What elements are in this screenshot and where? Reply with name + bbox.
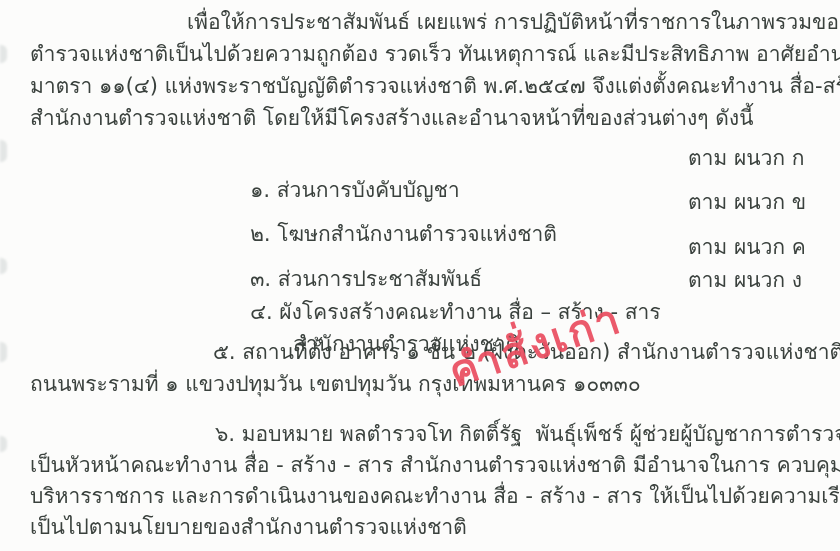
assignment-paragraph: ๖. มอบหมาย พลตำรวจโท กิตติ์รัฐ พันธุ์เพ็… (30, 419, 840, 543)
annex-item-continuation-label: สำนักงานตำรวจแห่งชาติ (70, 332, 519, 356)
paragraph-line: เป็นไปตามนโยบายของสำนักงานตำรวจแห่งชาติ (30, 512, 840, 543)
paragraph-line: ถนนพระรามที่ ๑ แขวงปทุมวัน เขตปทุมวัน กร… (30, 368, 840, 400)
scan-smudge (0, 342, 7, 362)
scanned-document-page: เพื่อให้การประชาสัมพันธ์ เผยแพร่ การปฏิบ… (0, 0, 840, 551)
annex-reference: ตาม ผนวก ข (688, 186, 806, 218)
annex-list: ๑. ส่วนการบังคับบัญชา ตาม ผนวก ก ๒. โฆษก… (30, 142, 840, 328)
scan-smudge (0, 436, 7, 452)
paragraph-line: เป็นหัวหน้าคณะทำงาน สื่อ - สร้าง - สาร ส… (30, 450, 840, 481)
annex-reference: ตาม ผนวก ค (688, 231, 806, 263)
annex-reference: ตาม ผนวก ง (688, 264, 802, 296)
scan-smudge (0, 45, 7, 63)
paragraph-line: เพื่อให้การประชาสัมพันธ์ เผยแพร่ การปฏิบ… (30, 6, 840, 38)
annex-row: ๒. โฆษกสำนักงานตำรวจแห่งชาติ ตาม ผนวก ข (30, 186, 840, 218)
paragraph-line: สำนักงานตำรวจแห่งชาติ โดยให้มีโครงสร้างแ… (30, 102, 840, 134)
annex-row-continuation: สำนักงานตำรวจแห่งชาติ (30, 296, 840, 328)
annex-row: ๓. ส่วนการประชาสัมพันธ์ ตาม ผนวก ค (30, 231, 840, 263)
scan-smudge (0, 258, 7, 274)
annex-row: ๔. ผังโครงสร้างคณะทำงาน สื่อ – สร้าง - ส… (30, 264, 840, 296)
opening-paragraph: เพื่อให้การประชาสัมพันธ์ เผยแพร่ การปฏิบ… (0, 0, 840, 134)
paragraph-line: ๖. มอบหมาย พลตำรวจโท กิตติ์รัฐ พันธุ์เพ็… (30, 419, 840, 450)
paragraph-line: ตำรวจแห่งชาติเป็นไปด้วยความถูกต้อง รวดเร… (30, 38, 840, 70)
paragraph-line: บริหารราชการ และการดำเนินงานของคณะทำงาน … (30, 481, 840, 512)
annex-reference: ตาม ผนวก ก (688, 142, 805, 174)
annex-row: ๑. ส่วนการบังคับบัญชา ตาม ผนวก ก (30, 142, 840, 174)
scan-smudge (0, 140, 7, 162)
paragraph-line: มาตรา ๑๑(๔) แห่งพระราชบัญญัติตำรวจแห่งชา… (30, 70, 840, 102)
